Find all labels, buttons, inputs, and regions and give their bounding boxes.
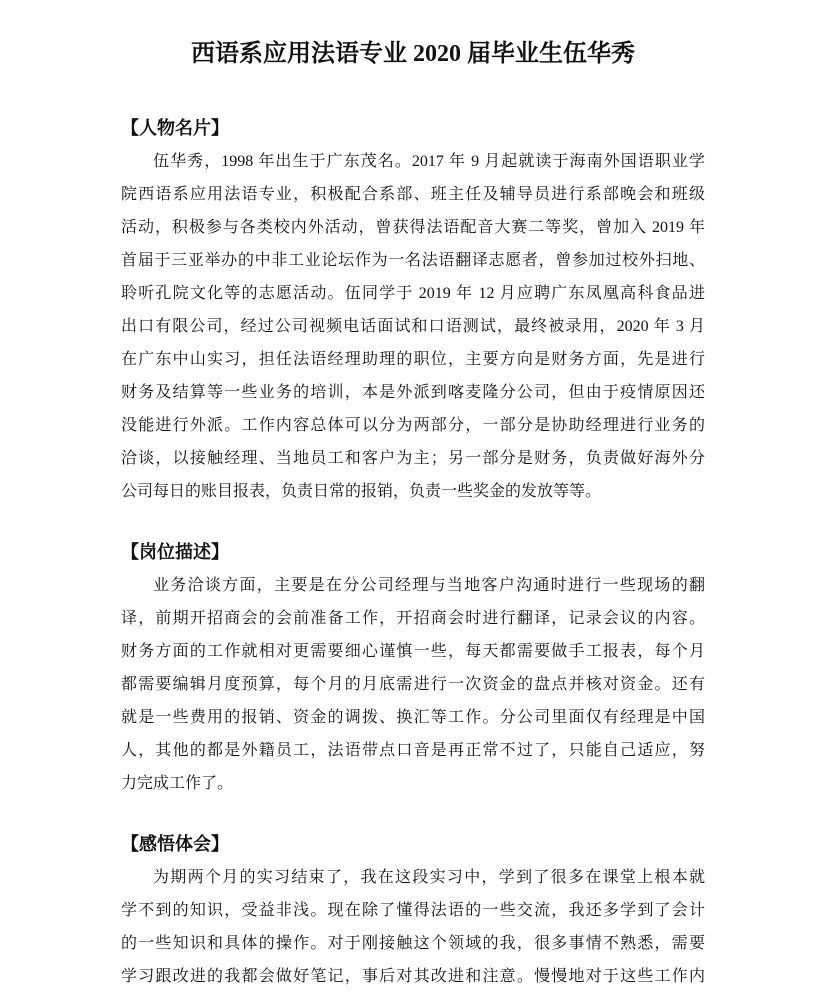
paragraph-line: 聆听孔院文化等的志愿活动。伍同学于 2019 年 12 月应聘广东凤凰高科食品进 [121,277,705,310]
paragraph-line: 的一些知识和具体的操作。对于刚接触这个领域的我，很多事情不熟悉，需要 [121,927,705,960]
paragraph-line: 出口有限公司，经过公司视频电话面试和口语测试，最终被录用，2020 年 3 月 [121,310,705,343]
paragraph-line: 为期两个月的实习结束了，我在这段实习中，学到了很多在课堂上根本就 [121,861,705,894]
paragraph-line: 洽谈，以接触经理、当地员工和客户为主；另一部分是财务，负责做好海外分 [121,442,705,475]
paragraph-line: 财务及结算等一些业务的培训，本是外派到喀麦隆分公司，但由于疫情原因还 [121,376,705,409]
document-page: 西语系应用法语专业 2020 届毕业生伍华秀 【人物名片】伍华秀，1998 年出… [0,0,826,995]
paragraph-line: 业务洽谈方面，主要是在分公司经理与当地客户沟通时进行一些现场的翻 [121,569,705,602]
paragraph-line: 译，前期开招商会的会前准备工作，开招商会时进行翻译，记录会议的内容。 [121,602,705,635]
paragraph-line: 学习跟改进的我都会做好笔记，事后对其改进和注意。慢慢地对于这些工作内 [121,960,705,993]
document-sections: 【人物名片】伍华秀，1998 年出生于广东茂名。2017 年 9 月起就读于海南… [121,112,705,993]
section-heading: 【岗位描述】 [121,536,705,569]
paragraph-line: 活动，积极参与各类校内外活动，曾获得法语配音大赛二等奖，曾加入 2019 年 [121,211,705,244]
section-heading: 【人物名片】 [121,112,705,145]
paragraph-line: 就是一些费用的报销、资金的调拨、换汇等工作。分公司里面仅有经理是中国 [121,701,705,734]
document-content: 西语系应用法语专业 2020 届毕业生伍华秀 【人物名片】伍华秀，1998 年出… [121,0,705,993]
paragraph-line: 人，其他的都是外籍员工，法语带点口音是再正常不过了，只能自己适应，努 [121,734,705,767]
paragraph-line: 都需要编辑月度预算，每个月的月底需进行一次资金的盘点并核对资金。还有 [121,668,705,701]
section-heading: 【感悟体会】 [121,828,705,861]
paragraph-line: 学不到的知识，受益非浅。现在除了懂得法语的一些交流，我还多学到了会计 [121,894,705,927]
paragraph-line: 财务方面的工作就相对更需要细心谨慎一些，每天都需要做手工报表，每个月 [121,635,705,668]
paragraph-line: 在广东中山实习，担任法语经理助理的职位，主要方向是财务方面，先是进行 [121,343,705,376]
paragraph-line: 公司每日的账目报表，负责日常的报销，负责一些奖金的发放等等。 [121,475,705,508]
paragraph-line: 首届于三亚举办的中非工业论坛作为一名法语翻译志愿者，曾参加过校外扫地、 [121,244,705,277]
paragraph-line: 没能进行外派。工作内容总体可以分为两部分，一部分是协助经理进行业务的 [121,409,705,442]
paragraph-line: 伍华秀，1998 年出生于广东茂名。2017 年 9 月起就读于海南外国语职业学 [121,145,705,178]
paragraph-line: 院西语系应用法语专业，积极配合系部、班主任及辅导员进行系部晚会和班级 [121,178,705,211]
paragraph-line: 力完成工作了。 [121,767,705,800]
document-title: 西语系应用法语专业 2020 届毕业生伍华秀 [121,37,705,71]
